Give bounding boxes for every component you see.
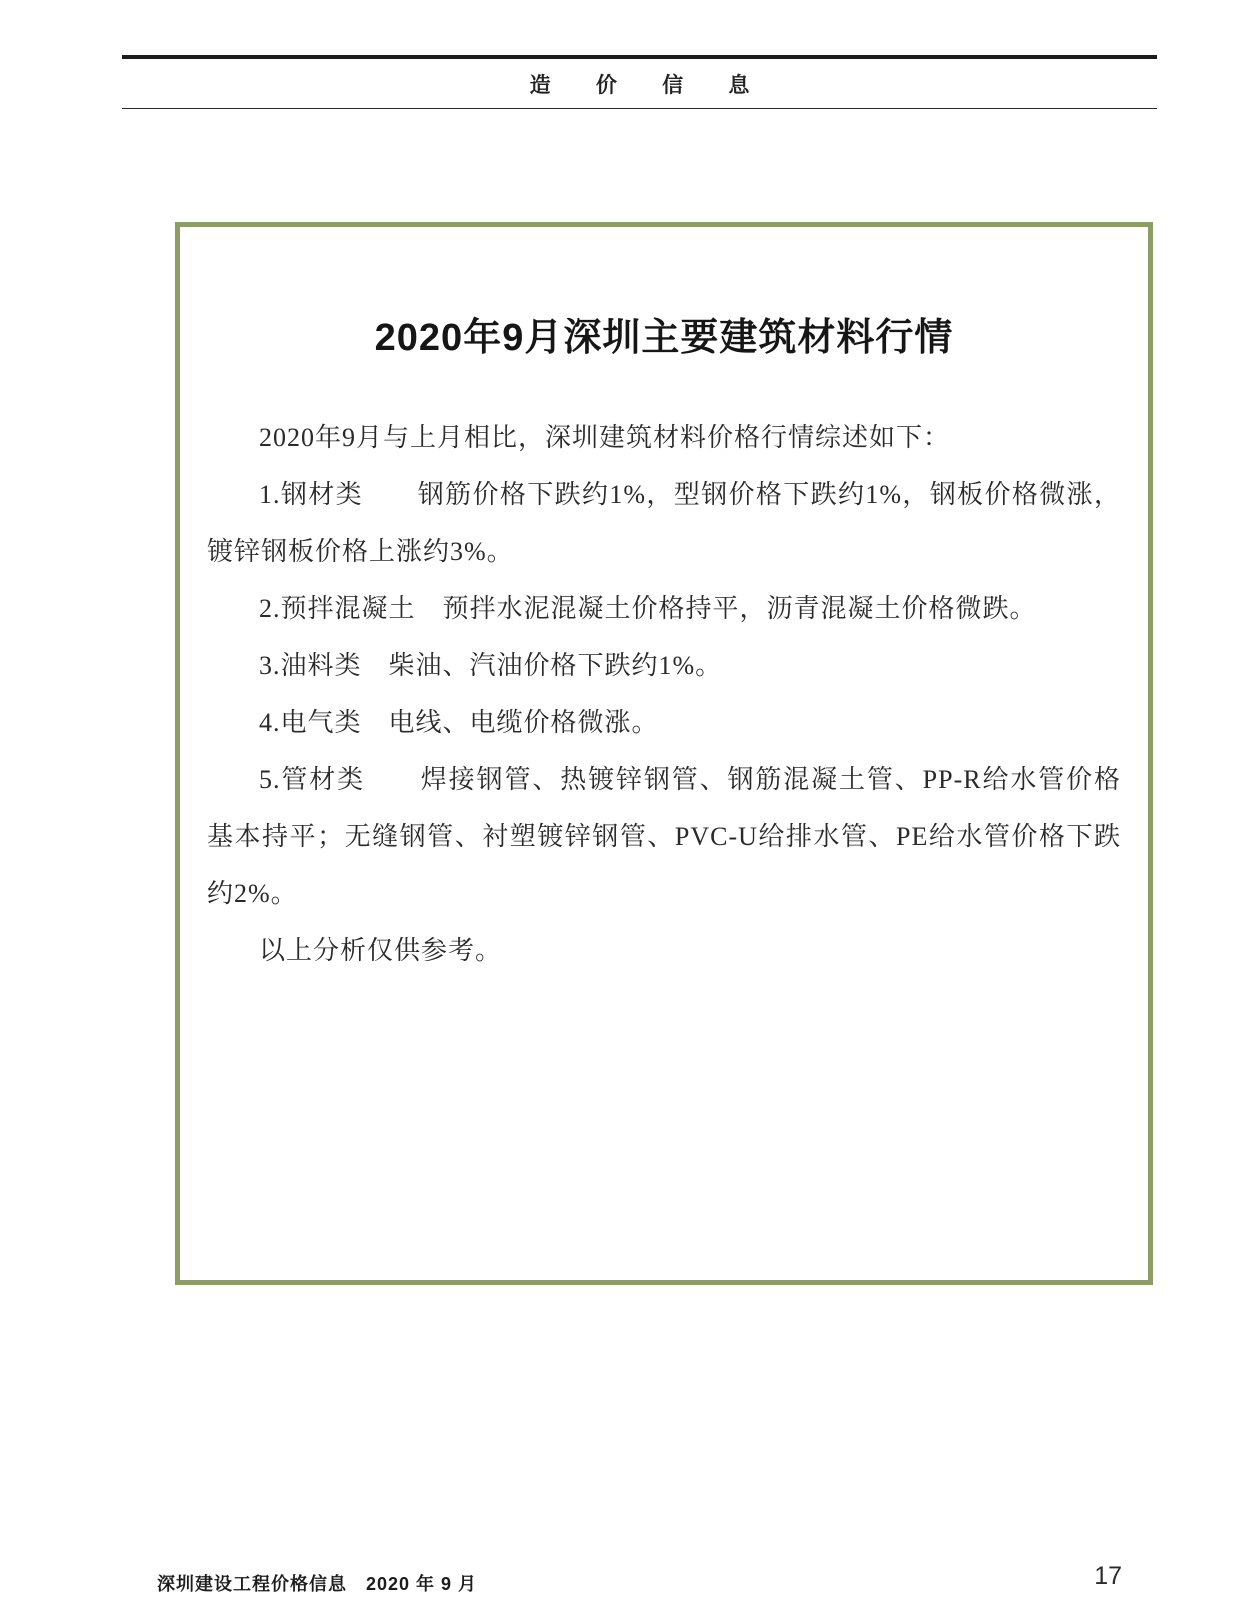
paragraph-pipe: 5.管材类 焊接钢管、热镀锌钢管、钢筋混凝土管、PP-R给水管价格基本持平；无缝… [207, 751, 1121, 922]
header-title: 造 价 信 息 [122, 59, 1157, 108]
page-header: 造 价 信 息 [122, 55, 1157, 109]
paragraph-intro: 2020年9月与上月相比，深圳建筑材料价格行情综述如下： [207, 409, 1121, 466]
paragraph-concrete: 2.预拌混凝土 预拌水泥混凝土价格持平，沥青混凝土价格微跌。 [207, 580, 1121, 637]
footer-publication-label: 深圳建设工程价格信息 2020 年 9 月 [157, 1570, 477, 1596]
paragraph-electric: 4.电气类 电线、电缆价格微涨。 [207, 694, 1121, 751]
article-body: 2020年9月与上月相比，深圳建筑材料价格行情综述如下： 1.钢材类 钢筋价格下… [207, 409, 1121, 979]
article-title: 2020年9月深圳主要建筑材料行情 [200, 315, 1128, 361]
page-number: 17 [1094, 1562, 1122, 1591]
paragraph-oil: 3.油料类 柴油、汽油价格下跌约1%。 [207, 637, 1121, 694]
paragraph-disclaimer: 以上分析仅供参考。 [207, 922, 1121, 979]
article-box: 2020年9月深圳主要建筑材料行情 2020年9月与上月相比，深圳建筑材料价格行… [175, 222, 1153, 1285]
document-page: 造 价 信 息 2020年9月深圳主要建筑材料行情 2020年9月与上月相比，深… [0, 0, 1240, 1624]
paragraph-steel: 1.钢材类 钢筋价格下跌约1%，型钢价格下跌约1%，钢板价格微涨，镀锌钢板价格上… [207, 466, 1121, 580]
